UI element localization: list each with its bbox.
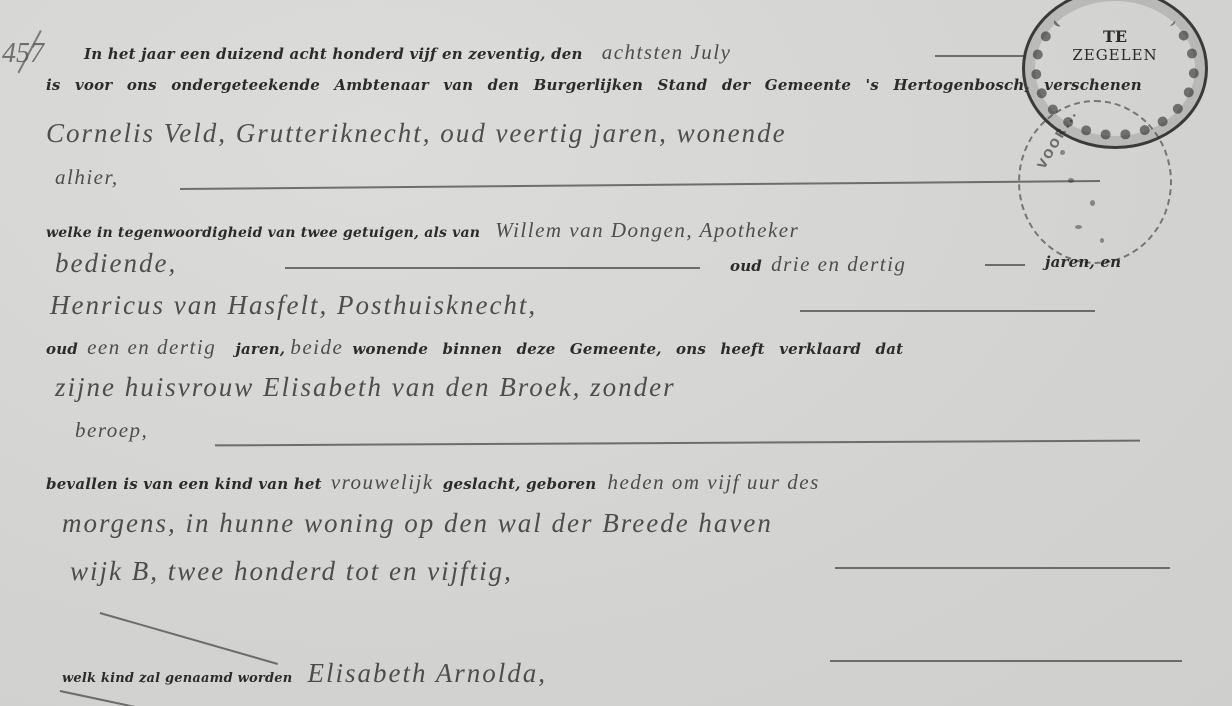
line-4: alhier,: [55, 165, 119, 190]
fill-rule: [935, 55, 1025, 57]
strike-line: [60, 690, 139, 706]
fill-rule: [830, 660, 1182, 662]
printed-text: bevallen is van een kind van het: [46, 475, 322, 493]
line-6-right: oud drie en dertig: [730, 252, 906, 277]
ink-speck: [1075, 225, 1082, 229]
line-6: bediende,: [55, 248, 177, 279]
handwritten-occupation: beroep,: [75, 418, 148, 442]
handwritten-witness-1: Willem van Dongen, Apotheker: [495, 218, 799, 242]
handwritten-age: een en dertig: [87, 335, 216, 359]
fill-rule: [180, 180, 1100, 190]
fill-rule: [800, 310, 1095, 312]
handwritten-address: wijk B, twee honderd tot en vijftig,: [70, 556, 513, 586]
line-13: wijk B, twee honderd tot en vijftig,: [70, 556, 513, 587]
printed-text: geslacht, geboren: [443, 475, 597, 493]
printed-text: is voor ons ondergeteekende Ambtenaar va…: [46, 76, 1142, 94]
handwritten-residence: alhier,: [55, 165, 119, 189]
fill-rule: [285, 267, 700, 269]
line-14: welk kind zal genaamd worden Elisabeth A…: [62, 658, 547, 689]
printed-text: jaren,: [235, 340, 285, 358]
line-1: In het jaar een duizend acht honderd vij…: [84, 40, 731, 65]
line-7: Henricus van Hasfelt, Posthuisknecht,: [50, 290, 537, 321]
handwritten-age: drie en dertig: [771, 252, 906, 276]
ink-speck: [1068, 178, 1074, 183]
printed-text: welk kind zal genaamd worden: [62, 671, 292, 686]
fill-rule: [985, 264, 1025, 266]
line-11: bevallen is van een kind van het vrouwel…: [46, 470, 820, 495]
line-9: zijne huisvrouw Elisabeth van den Broek,…: [55, 372, 676, 403]
register-page: 457 In het jaar een duizend acht honderd…: [0, 0, 1232, 706]
line-8: oud een en dertig jaren, beide wonende b…: [46, 335, 903, 360]
secondary-stamp: VOOR...: [1018, 100, 1172, 264]
handwritten-child-name: Elisabeth Arnolda,: [307, 658, 547, 688]
printed-text: wonende binnen deze Gemeente, ons heeft …: [352, 340, 903, 358]
line-5: welke in tegenwoordigheid van twee getui…: [46, 218, 799, 243]
fill-rule: [835, 567, 1170, 569]
handwritten-mother: zijne huisvrouw Elisabeth van den Broek,…: [55, 372, 676, 402]
strike-line: [100, 612, 278, 664]
printed-text: In het jaar een duizend acht honderd vij…: [84, 45, 583, 63]
printed-text: welke in tegenwoordigheid van twee getui…: [46, 225, 480, 241]
stamp-text-te: TE: [1025, 27, 1205, 46]
line-12: morgens, in hunne woning op den wal der …: [62, 508, 773, 539]
stamp-text-zegelen: ZEGELEN: [1025, 46, 1205, 64]
fill-rule: [215, 440, 1140, 446]
ink-speck: [1060, 150, 1065, 155]
handwritten-sex: vrouwelijk: [331, 470, 434, 494]
handwritten-date: achtsten July: [602, 40, 732, 64]
handwritten-birth-time: heden om vijf uur des: [607, 470, 819, 494]
handwritten-occupation: bediende,: [55, 248, 177, 278]
handwritten-birth-place: morgens, in hunne woning op den wal der …: [62, 508, 773, 538]
ink-speck: [1100, 238, 1104, 243]
line-2: is voor ons ondergeteekende Ambtenaar va…: [46, 75, 1142, 94]
handwritten-declarant: Cornelis Veld, Grutteriknecht, oud veert…: [46, 118, 787, 148]
handwritten-witness-2: Henricus van Hasfelt, Posthuisknecht,: [50, 290, 537, 320]
ink-speck: [1090, 200, 1095, 206]
line-3: Cornelis Veld, Grutteriknecht, oud veert…: [46, 118, 787, 149]
printed-text: oud: [730, 257, 762, 275]
line-10: beroep,: [75, 418, 148, 443]
handwritten-both: beide: [290, 335, 343, 359]
printed-text: oud: [46, 340, 78, 358]
